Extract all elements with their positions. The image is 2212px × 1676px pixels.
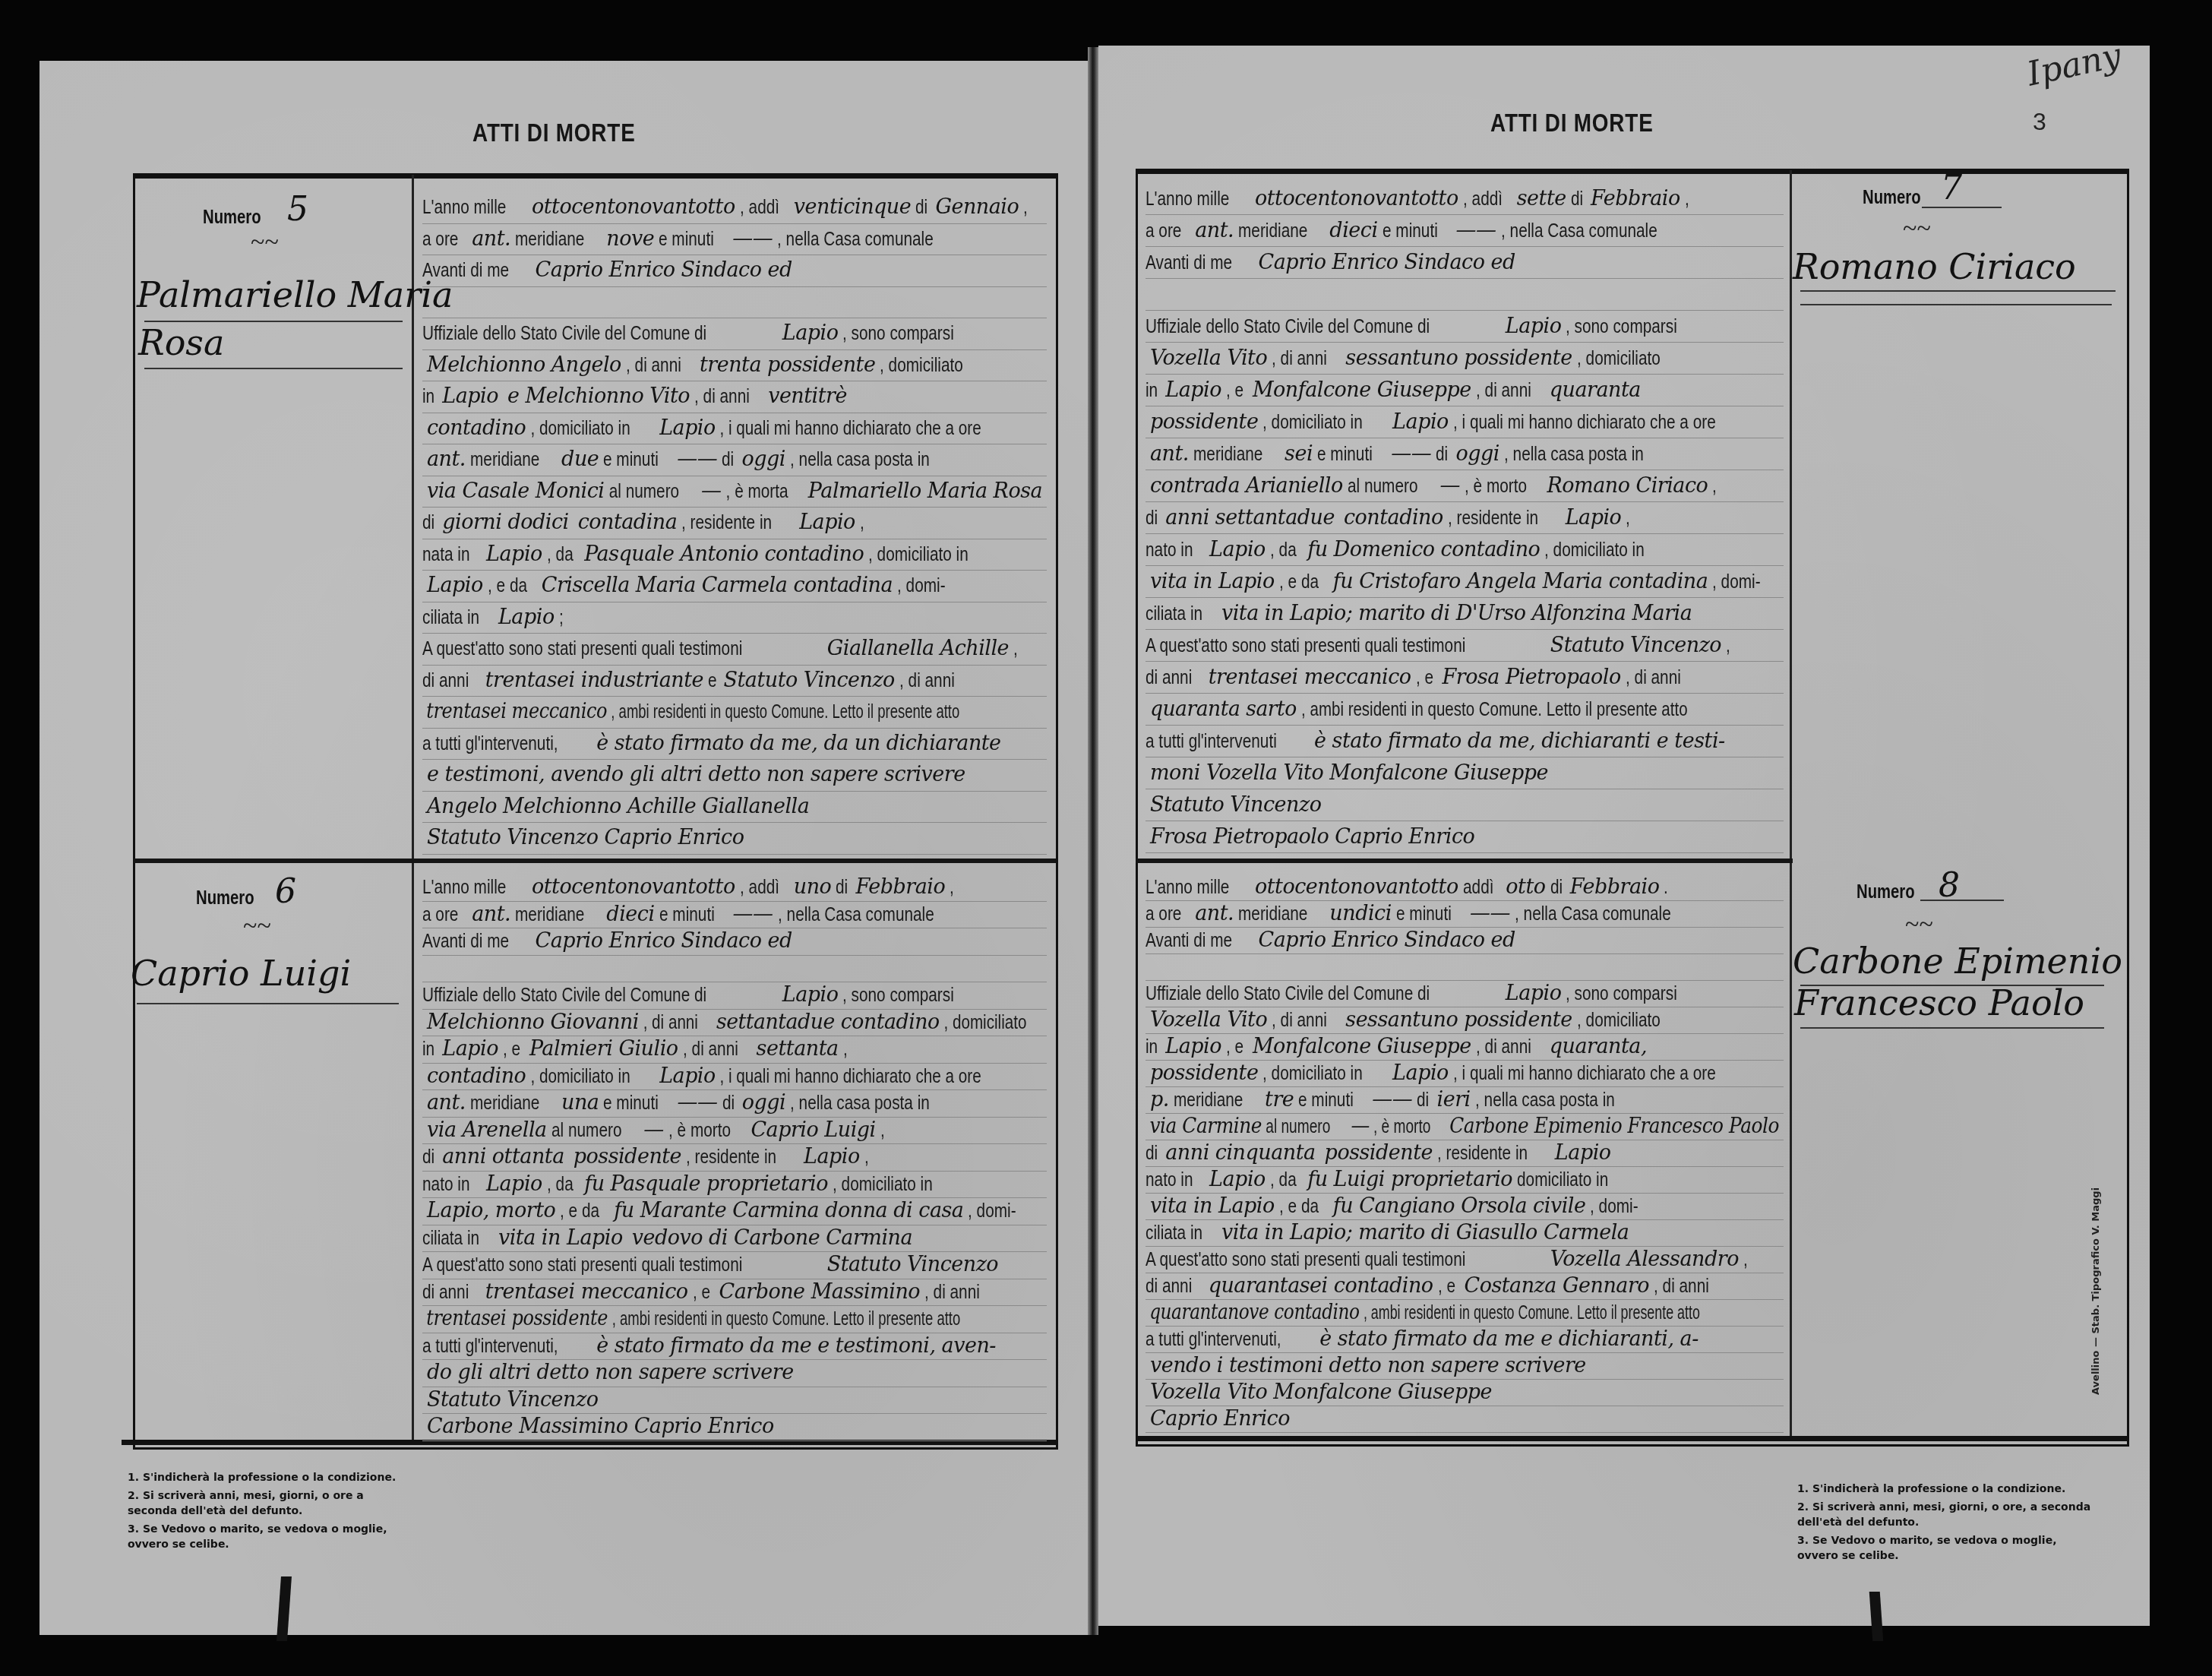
handwritten-entry: Lapio (442, 1037, 498, 1061)
handwritten-entry: contadina (578, 511, 678, 534)
printed-form-text: , da (547, 1171, 574, 1198)
printed-form-text: , (860, 507, 864, 539)
record-line: a tutti gl'intervenuti,è stato firmato d… (1145, 1326, 1784, 1353)
record-line: di anniquarantasei contadino, eCostanza … (1145, 1273, 1784, 1300)
printed-form-text: , nella Casa comunale (777, 223, 934, 255)
printed-form-text: di anni (422, 665, 469, 697)
record-line: a oreant.meridianeundicie minuti——, nell… (1145, 900, 1784, 928)
printed-form-text: , (1743, 1246, 1748, 1273)
record-line: trentasei meccanico, ambi residenti in q… (422, 696, 1047, 729)
handwritten-entry: sette (1517, 187, 1566, 210)
record-line: dianni cinquantapossidente, residente in… (1145, 1140, 1784, 1167)
printed-form-text: , domiciliato in (1262, 1060, 1363, 1086)
handwritten-entry: ottocentonovantotto (1255, 875, 1458, 899)
handwritten-entry: via Arenella (427, 1118, 547, 1142)
handwritten-entry: Gennaio (935, 195, 1019, 219)
printed-form-text: , nella casa posta in (1504, 438, 1644, 470)
printed-form-text: , e (1416, 661, 1433, 693)
handwritten-entry: p. (1150, 1088, 1169, 1112)
record-line: A quest'atto sono stati presenti quali t… (1145, 1246, 1784, 1273)
printed-form-text: a tutti gl'intervenuti, (1145, 1326, 1281, 1352)
printed-form-text: e (708, 665, 717, 697)
printed-form-text: , di anni (924, 1279, 980, 1306)
record-line: ant.meridianeseie minuti——dioggi, nella … (1145, 438, 1784, 470)
death-record-act-8: L'anno milleottocentonovantottoaddìottod… (1145, 874, 1784, 1428)
handwritten-entry: Lapio (1506, 982, 1562, 1005)
handwritten-entry: Monfalcone Giuseppe (1253, 1035, 1471, 1058)
handwritten-entry: venticinque (794, 195, 911, 219)
handwritten-entry: Vozella Vito Monfalcone Giuseppe (1150, 1380, 1492, 1404)
record-line: Angelo Melchionno Achille Giallanella (422, 791, 1047, 824)
printed-form-text: , di anni (1272, 1007, 1327, 1033)
handwritten-entry: Lapio (1566, 506, 1622, 530)
record-line: inLapio, eMonfalcone Giuseppe, di anniqu… (1145, 1033, 1784, 1061)
printed-form-text: , di anni (683, 1036, 738, 1063)
record-line: Uffiziale dello Stato Civile del Comune … (422, 982, 1047, 1010)
record-line: inLapio, eMonfalcone Giuseppe, di anniqu… (1145, 374, 1784, 406)
handwritten-entry: Lapio (427, 574, 483, 597)
printed-form-text: , sono comparsi (1566, 980, 1677, 1007)
printed-form-text: , (864, 1143, 869, 1171)
printed-form-text: , nella Casa comunale (1515, 900, 1671, 927)
handwritten-entry: Caprio Luigi (750, 1118, 875, 1142)
footnote-3: 3. Se Vedovo o marito, se vedova o mogli… (1797, 1533, 2101, 1564)
printed-form-text: , nella casa posta in (790, 444, 930, 476)
handwritten-entry: e testimoni, avendo gli altri detto non … (427, 763, 965, 786)
record-line: possidente, domiciliato inLapio, i quali… (1145, 1060, 1784, 1087)
death-record-act-7: L'anno milleottocentonovantotto, addìset… (1145, 182, 1784, 851)
printed-form-text: addì (1463, 874, 1493, 900)
printed-form-text: nato in (422, 1171, 469, 1198)
handwritten-entry: trentasei possidente (426, 1307, 608, 1330)
printed-form-text: , nella Casa comunale (1501, 214, 1657, 246)
handwritten-entry: tre (1265, 1088, 1294, 1112)
printed-form-text: , di anni (694, 381, 750, 413)
handwritten-entry: vita in Lapio; marito di Giasullo Carmel… (1221, 1221, 1629, 1244)
left-act-separator (133, 859, 1056, 863)
handwritten-entry: è stato firmato da me e dichiaranti, a- (1319, 1327, 1698, 1351)
printed-form-text: e minuti (1298, 1086, 1354, 1113)
handwritten-entry: Angelo Melchionno Achille Giallanella (427, 795, 809, 818)
printed-form-text: , i quali mi hanno dichiarato che a ore (1453, 1060, 1716, 1086)
printed-form-text: a tutti gl'intervenuti, (422, 1333, 558, 1360)
printed-form-text: , e da (560, 1197, 599, 1225)
printed-form-text: , di anni (626, 349, 681, 381)
printed-form-text: , è morto (1465, 470, 1527, 501)
printed-form-text: , i quali mi hanno dichiarato che a ore (720, 413, 981, 444)
record-line: dianni settantaduecontadino, residente i… (1145, 501, 1784, 534)
record-line: Vozella Vito, di annisessantuno possiden… (1145, 342, 1784, 375)
printed-form-text: , da (547, 539, 574, 571)
handwritten-entry: Palmieri Giulio (529, 1037, 678, 1061)
handwritten-entry: quaranta sarto (1150, 697, 1297, 721)
handwritten-entry: sei (1285, 442, 1313, 466)
handwritten-entry: Lapio (442, 384, 498, 408)
record-line (422, 286, 1047, 319)
page-number: 3 (2033, 108, 2046, 136)
handwritten-entry: possidente (1150, 410, 1258, 434)
handwritten-entry: contadino (427, 416, 526, 440)
footnote-2: 2. Si scriverà anni, mesi, giorni, o ore… (1797, 1500, 2101, 1530)
printed-form-text: , domiciliato in (1262, 406, 1363, 438)
printed-form-text: ciliata in (422, 602, 479, 634)
handwritten-entry: sessantuno possidente (1345, 1008, 1572, 1032)
record-line: ciliata inLapio; (422, 602, 1047, 634)
handwritten-entry: —— (732, 227, 773, 251)
handwritten-entry: è stato firmato da me e testimoni, aven- (596, 1334, 996, 1358)
printed-form-text: , domi- (1590, 1193, 1638, 1219)
handwritten-entry: oggi (742, 447, 785, 471)
handwritten-entry: contadino (427, 1064, 526, 1088)
record-line: Frosa Pietropaolo Caprio Enrico (1145, 821, 1784, 853)
printed-form-text: meridiane (1238, 214, 1307, 246)
handwritten-entry: moni Vozella Vito Monfalcone Giuseppe (1150, 761, 1548, 785)
printed-form-text: a ore (422, 223, 458, 255)
footnote-1: 1. S'indicherà la professione o la condi… (128, 1470, 401, 1485)
printed-form-text: , e da (1279, 565, 1319, 597)
handwritten-entry: trentasei meccanico (1209, 666, 1411, 689)
handwritten-entry: Monfalcone Giuseppe (1253, 378, 1471, 402)
handwritten-entry: fu Cristofaro Angela Maria contadina (1333, 570, 1708, 593)
handwritten-entry: anni ottanta (442, 1145, 564, 1168)
handwritten-entry: giorni dodici (442, 511, 568, 534)
handwritten-entry: ottocentonovantotto (1255, 187, 1458, 210)
right-table-bottom-rule (1136, 1436, 2127, 1441)
printed-form-text: meridiane (470, 444, 539, 476)
record-line: ant.meridianeunae minuti——dioggi, nella … (422, 1089, 1047, 1118)
right-column-divider (1790, 170, 1792, 1440)
handwritten-entry: Vozella Alessandro (1550, 1248, 1739, 1271)
printed-form-text: , (1023, 191, 1028, 223)
handwritten-entry: trentasei meccanico (426, 700, 607, 723)
left-page-title: ATTI DI MORTE (472, 119, 636, 148)
record-line: Melchionno Angelo, di annitrenta posside… (422, 349, 1047, 382)
printed-form-text: in (1145, 374, 1158, 406)
handwritten-entry: ant. (427, 1091, 466, 1115)
handwritten-entry: ventitrè (768, 384, 847, 408)
printed-form-text: , (1626, 501, 1630, 533)
handwritten-entry: — (1351, 1115, 1369, 1138)
handwritten-entry: Carbone Massimino Caprio Enrico (427, 1415, 774, 1438)
record-line: Statuto Vincenzo Caprio Enrico (422, 822, 1047, 855)
handwritten-entry: Pasquale Antonio contadino (584, 542, 864, 566)
printed-form-text: di (1571, 182, 1583, 214)
left-footnotes: 1. S'indicherà la professione o la condi… (128, 1470, 401, 1555)
record-line: inLapioe Melchionno Vito, di anniventitr… (422, 381, 1047, 413)
record-line: possidente, domiciliato inLapio, i quali… (1145, 406, 1784, 438)
act-number-value: 5 (287, 190, 308, 229)
printed-form-text: L'anno mille (422, 874, 506, 901)
record-line: Uffiziale dello Stato Civile del Comune … (1145, 980, 1784, 1007)
handwritten-entry: fu Pasquale proprietario (584, 1172, 828, 1196)
printed-form-text: di (915, 191, 927, 223)
printed-form-text: , (880, 1117, 885, 1144)
record-line: quaranta sarto, ambi residenti in questo… (1145, 693, 1784, 726)
name-underline (1800, 1027, 2104, 1029)
record-line: ant.meridianeduee minuti——dioggi, nella … (422, 444, 1047, 476)
printed-form-text: di (722, 1089, 735, 1117)
handwritten-entry: ant. (472, 903, 510, 926)
handwritten-entry: Febbraio (1591, 187, 1680, 210)
printed-form-text: di (1436, 438, 1448, 470)
act-number-label: Numero (203, 205, 261, 229)
handwritten-entry: contadino (1344, 506, 1443, 530)
printed-form-text: , di anni (1626, 661, 1681, 693)
handwritten-entry: uno (794, 875, 832, 899)
printed-form-text: , e da (1279, 1193, 1319, 1219)
handwritten-entry: Lapio (486, 542, 542, 566)
printed-form-text: ciliata in (422, 1225, 479, 1252)
handwritten-entry: —— (1456, 219, 1496, 242)
record-line: L'anno milleottocentonovantotto, addìven… (422, 191, 1047, 224)
record-line: Caprio Enrico (1145, 1406, 1784, 1433)
handwritten-entry: dieci (1329, 219, 1377, 242)
printed-form-text: , addì (740, 874, 779, 901)
printed-form-text: , ambi residenti in questo Comune. Letto… (1301, 693, 1687, 725)
handwritten-entry: quarantasei contadino (1209, 1274, 1433, 1298)
footnote-2: 2. Si scriverà anni, mesi, giorni, o ore… (128, 1488, 401, 1519)
record-line: moni Vozella Vito Monfalcone Giuseppe (1145, 757, 1784, 789)
handwritten-entry: ottocentonovantotto (532, 195, 735, 219)
printed-form-text: di (836, 874, 848, 901)
handwritten-entry: fu Marante Carmina donna di casa (614, 1199, 963, 1222)
handwritten-entry: Frosa Pietropaolo Caprio Enrico (1150, 825, 1474, 849)
printed-form-text: , e (1226, 1033, 1243, 1060)
printed-form-text: a tutti gl'intervenuti, (422, 728, 558, 760)
printed-form-text: , e (503, 1036, 520, 1063)
handwritten-entry: vita in Lapio; marito di D'Urso Alfonzin… (1221, 602, 1692, 625)
printed-form-text: e minuti (603, 444, 659, 476)
handwritten-entry: Lapio (1165, 1035, 1221, 1058)
record-line: di annitrentasei industrianteeStatuto Vi… (422, 665, 1047, 697)
printed-form-text: , (843, 1036, 848, 1063)
printed-form-text: a ore (1145, 900, 1181, 927)
printed-form-text: ciliata in (1145, 1219, 1202, 1246)
record-line: Statuto Vincenzo (1145, 789, 1784, 821)
handwritten-entry: vendo i testimoni detto non sapere scriv… (1150, 1354, 1586, 1377)
printed-form-text: Avanti di me (1145, 927, 1232, 953)
deceased-name: Romano Ciriaco (1793, 242, 2076, 292)
handwritten-entry: ant. (1195, 902, 1234, 925)
record-line: do gli altri detto non sapere scrivere (422, 1359, 1047, 1387)
handwritten-entry: Giallanella Achille (827, 637, 1009, 660)
footnote-1: 1. S'indicherà la professione o la condi… (1797, 1482, 2101, 1497)
printed-form-text: L'anno mille (1145, 182, 1229, 214)
handwritten-entry: possidente (1150, 1061, 1258, 1085)
record-line (1145, 278, 1784, 311)
record-line: via Carmineal numero—, è mortoCarbone Ep… (1145, 1113, 1784, 1140)
printed-form-text: meridiane (1193, 438, 1262, 470)
handwritten-entry: — (643, 1118, 664, 1142)
handwritten-entry: Vozella Vito (1150, 1008, 1267, 1032)
printed-form-text: meridiane (515, 901, 584, 928)
record-line: nato inLapio, dafu Luigi proprietariodom… (1145, 1166, 1784, 1194)
printed-form-text: , domiciliato (944, 1009, 1027, 1036)
handwritten-entry: contrada Arianiello (1150, 474, 1343, 498)
handwritten-entry: Caprio Enrico (1150, 1407, 1290, 1431)
name-underline (1800, 985, 2104, 986)
record-line: contadino, domiciliato inLapio, i quali … (422, 413, 1047, 445)
handwritten-entry: una (561, 1091, 599, 1115)
decorative-flourish: ~~ (251, 228, 279, 257)
handwritten-entry: Carbone Massimino (719, 1280, 921, 1304)
handwritten-entry: è stato firmato da me, da un dichiarante (596, 732, 1000, 755)
printed-form-text: , e da (488, 570, 527, 602)
record-line: a oreant.meridianenovee minuti——, nella … (422, 223, 1047, 256)
printed-form-text: , di anni (1476, 374, 1531, 406)
printed-form-text: al numero (608, 476, 678, 508)
handwritten-entry: Lapio (1392, 410, 1449, 434)
handwritten-entry: vedovo di Carbone Carmina (632, 1226, 912, 1250)
printed-form-text: , (1712, 470, 1717, 501)
record-line: dianni ottantapossidente, residente inLa… (422, 1143, 1047, 1172)
printed-form-text: Uffiziale dello Stato Civile del Comune … (422, 318, 706, 349)
name-underline (144, 321, 403, 322)
handwritten-entry: Lapio (1209, 1168, 1266, 1191)
printed-form-text: , di anni (1272, 342, 1327, 374)
death-record-act-6: L'anno milleottocentonovantotto, addìuno… (422, 874, 1047, 1436)
handwritten-entry: Vozella Vito (1150, 346, 1267, 370)
handwritten-entry: Melchionno Giovanni (427, 1010, 639, 1034)
handwritten-entry: —— (1391, 442, 1431, 466)
printed-form-text: meridiane (515, 223, 584, 255)
handwritten-entry: Caprio Enrico Sindaco ed (1259, 928, 1515, 952)
record-line: vendo i testimoni detto non sapere scriv… (1145, 1352, 1784, 1380)
handwritten-entry: Lapio, morto (427, 1199, 555, 1222)
handwritten-entry: Lapio (1165, 378, 1221, 402)
record-line: Uffiziale dello Stato Civile del Comune … (1145, 310, 1784, 343)
printed-form-text: , è morta (725, 476, 788, 508)
printed-form-text: a tutti gl'intervenuti (1145, 725, 1277, 757)
handwritten-entry: Caprio Enrico Sindaco ed (536, 929, 792, 953)
printed-form-text: meridiane (1174, 1086, 1243, 1113)
printed-form-text: , domiciliato (1577, 1007, 1661, 1033)
handwritten-entry: Frosa Pietropaolo (1443, 666, 1621, 689)
handwritten-entry: trentasei industriante (485, 669, 703, 692)
handwritten-entry: dieci (606, 903, 654, 926)
handwritten-entry: settanta (757, 1037, 839, 1061)
printed-form-text: al numero (1348, 470, 1418, 501)
handwritten-entry: ottocentonovantotto (532, 875, 735, 899)
record-line: a tutti gl'intervenutiè stato firmato da… (1145, 725, 1784, 757)
record-line: digiorni dodicicontadina, residente inLa… (422, 507, 1047, 539)
handwritten-entry: vita in Lapio (1150, 1194, 1275, 1218)
printed-form-text: , domiciliato in (868, 539, 969, 571)
printed-form-text: , ambi residenti in questo Comune. Letto… (1364, 1299, 1700, 1326)
printed-form-text: L'anno mille (422, 191, 506, 223)
record-line: Carbone Massimino Caprio Enrico (422, 1413, 1047, 1441)
record-line: Lapio, e daCriscella Maria Carmela conta… (422, 570, 1047, 602)
handwritten-entry: Statuto Vincenzo (427, 1388, 598, 1412)
printed-form-text: , nella Casa comunale (778, 901, 934, 928)
printed-form-text: di anni (1145, 661, 1192, 693)
decorative-flourish: ~~ (243, 912, 271, 941)
record-line: Avanti di meCaprio Enrico Sindaco ed (1145, 246, 1784, 279)
handwritten-entry: Carbone Epimenio Francesco Paolo (1449, 1115, 1779, 1138)
printed-form-text: Avanti di me (1145, 246, 1232, 278)
handwritten-entry: Lapio (486, 1172, 542, 1196)
record-line: Vozella Vito, di annisessantuno possiden… (1145, 1007, 1784, 1034)
book-binding-gutter (1088, 47, 1098, 1635)
printed-form-text: di (1145, 1140, 1158, 1166)
handwritten-entry: — (701, 479, 721, 503)
footnote-3: 3. Se Vedovo o marito, se vedova o mogli… (128, 1522, 401, 1552)
death-record-act-5: L'anno milleottocentonovantotto, addìven… (422, 191, 1047, 852)
printed-form-text: , domiciliato in (833, 1171, 933, 1198)
printed-form-text: A quest'atto sono stati presenti quali t… (422, 1251, 742, 1279)
handwritten-entry: — (1439, 474, 1460, 498)
handwritten-entry: anni cinquanta (1165, 1141, 1315, 1165)
deceased-name: Caprio Luigi (131, 948, 351, 998)
act-number-value: 6 (275, 872, 296, 911)
handwritten-entry: Lapio (659, 1064, 715, 1088)
printed-form-text: A quest'atto sono stati presenti quali t… (422, 633, 742, 665)
printed-form-text: , e (1438, 1273, 1455, 1299)
printed-form-text: meridiane (470, 1089, 539, 1117)
printed-form-text: in (422, 381, 434, 413)
handwritten-entry: Febbraio (856, 875, 946, 899)
printed-form-text: ciliata in (1145, 597, 1202, 629)
act-number-value: 7 (1941, 169, 1962, 207)
record-line: a tutti gl'intervenuti,è stato firmato d… (422, 728, 1047, 761)
printed-form-text: e minuti (659, 901, 715, 928)
printed-form-text: , domi- (968, 1197, 1016, 1225)
printed-form-text: di anni (1145, 1273, 1192, 1299)
handwritten-entry: Statuto Vincenzo (827, 1253, 998, 1276)
record-line: via Arenellaal numero—, è mortoCaprio Lu… (422, 1117, 1047, 1145)
handwritten-entry: vita in Lapio (498, 1226, 623, 1250)
act-number-label: Numero (196, 886, 254, 909)
printed-form-text: meridiane (1238, 900, 1307, 927)
printed-form-text: a ore (1145, 214, 1181, 246)
handwritten-entry: Lapio (1209, 538, 1266, 561)
decorative-flourish: ~~ (1905, 910, 1933, 939)
record-line: Lapio, morto, e dafu Marante Carmina don… (422, 1197, 1047, 1225)
handwritten-entry: nove (606, 227, 654, 251)
printed-form-text: , (1013, 633, 1018, 665)
printed-form-text: e minuti (603, 1089, 659, 1117)
printed-form-text: , sono comparsi (842, 318, 954, 349)
record-line: nata inLapio, daPasquale Antonio contadi… (422, 539, 1047, 571)
printed-form-text: , sono comparsi (1566, 310, 1677, 342)
handwritten-entry: ant. (472, 227, 510, 251)
record-line: L'anno milleottocentonovantottoaddìottod… (1145, 874, 1784, 901)
printer-imprint: Avellino — Stab. Tipografico V. Maggi (2090, 1187, 2102, 1395)
handwritten-entry: quaranta, (1550, 1035, 1647, 1058)
decorative-flourish: ~~ (1903, 214, 1931, 243)
handwritten-entry: otto (1506, 875, 1545, 899)
printed-form-text: di (1417, 1086, 1429, 1113)
record-line: contrada Arianielloal numero—, è mortoRo… (1145, 470, 1784, 502)
handwritten-entry: ieri (1437, 1088, 1471, 1112)
printed-form-text: a ore (422, 901, 458, 928)
record-line: vita in Lapio, e dafu Cangiano Orsola ci… (1145, 1193, 1784, 1220)
printed-form-text: , è morto (1373, 1113, 1431, 1140)
record-line: quarantanove contadino, ambi residenti i… (1145, 1299, 1784, 1327)
record-line: contadino, domiciliato inLapio, i quali … (422, 1063, 1047, 1091)
handwritten-entry: Lapio (1392, 1061, 1449, 1085)
printed-form-text: , da (1270, 1166, 1297, 1193)
record-line: ciliata invita in Lapio; marito di D'Urs… (1145, 597, 1784, 630)
handwritten-entry: anni settantadue (1165, 506, 1335, 530)
printed-form-text: A quest'atto sono stati presenti quali t… (1145, 629, 1465, 661)
printed-form-text: al numero (551, 1117, 622, 1144)
printed-form-text: di (722, 444, 734, 476)
record-line: e testimoni, avendo gli altri detto non … (422, 759, 1047, 792)
printed-form-text: , (950, 874, 954, 901)
handwritten-entry: vita in Lapio (1150, 570, 1275, 593)
printed-form-text: , domi- (897, 570, 946, 602)
